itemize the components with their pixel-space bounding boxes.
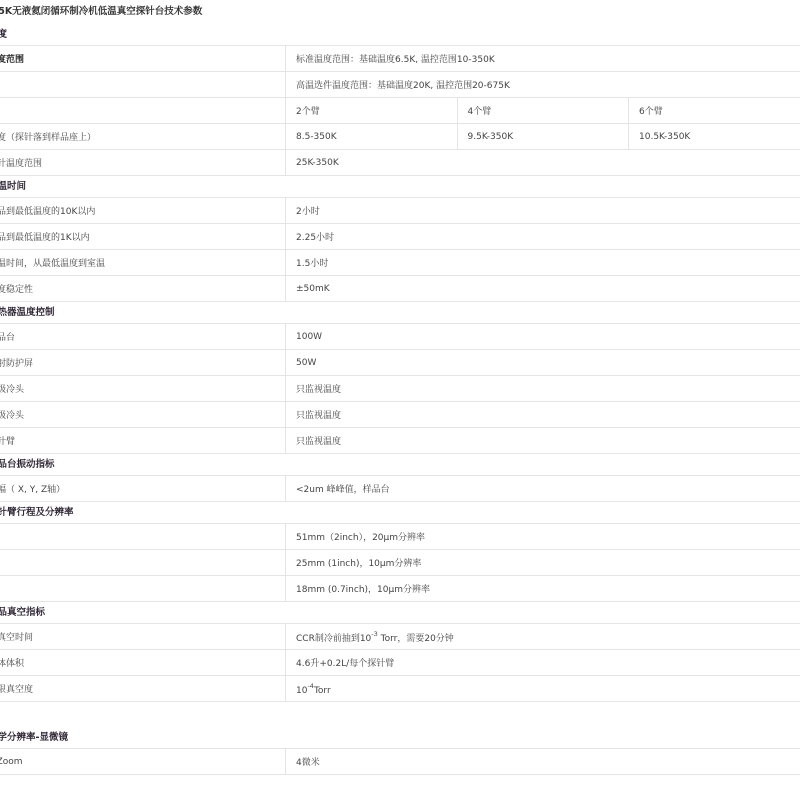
- spec-value: 50W: [286, 350, 800, 376]
- table-row: 样品台100W: [0, 324, 800, 350]
- spec-value: 51mm（2inch），20μm分辨率: [286, 524, 800, 550]
- spec-value: <2um 峰峰值，样品台: [286, 476, 800, 502]
- spec-value: 2个臂: [286, 98, 458, 124]
- spec-value: 1.5小时: [286, 250, 800, 276]
- spec-label: 样品台: [0, 324, 286, 350]
- spec-document: 6.5K无液氦闭循环制冷机低温真空探针台技术参数 温度温度范围标准温度范围：基础…: [0, 0, 800, 775]
- section-heading: 样品台振动指标: [0, 454, 800, 475]
- spec-value: 25mm (1inch)，10μm分辨率: [286, 550, 800, 576]
- table-row: 51mm（2inch），20μm分辨率: [0, 524, 800, 550]
- spec-value: 高温选件温度范围：基础温度20K, 温控范围20-675K: [286, 72, 800, 98]
- document-title: 6.5K无液氦闭循环制冷机低温真空探针台技术参数: [0, 0, 800, 24]
- section-heading: 探针臂行程及分辨率: [0, 502, 800, 523]
- table-row: 高温选件温度范围：基础温度20K, 温控范围20-675K: [0, 72, 800, 98]
- spec-label: 二级冷头: [0, 402, 286, 428]
- spec-label: 振幅（ X, Y, Z轴）: [0, 476, 286, 502]
- spec-label: [0, 72, 286, 98]
- table-row: 2个臂4个臂6个臂: [0, 98, 800, 124]
- spec-label: [0, 576, 286, 602]
- table-row: 腔体体积4.6升+0.2L/每个探针臂: [0, 650, 800, 676]
- spec-label: 回温时间，从最低温度到室温: [0, 250, 286, 276]
- table-row: 样品到最低温度的10K以内2小时: [0, 198, 800, 224]
- spec-label: 抽真空时间: [0, 624, 286, 650]
- table-row: 18mm (0.7inch)，10μm分辨率: [0, 576, 800, 602]
- section-heading: 温度: [0, 24, 800, 45]
- spec-value: 2.25小时: [286, 224, 800, 250]
- spec-value: 只监视温度: [286, 402, 800, 428]
- spec-label: 腔体体积: [0, 650, 286, 676]
- spec-table: 抽真空时间CCR制冷前抽到10-3 Torr，需要20分钟腔体体积4.6升+0.…: [0, 623, 800, 702]
- spec-value: 25K-350K: [286, 150, 800, 176]
- table-row: 一级冷头只监视温度: [0, 376, 800, 402]
- spec-value: 8.5-350K: [286, 124, 458, 150]
- spec-label: 探针温度范围: [0, 150, 286, 176]
- spec-label: 样品到最低温度的1K以内: [0, 224, 286, 250]
- table-row: 二级冷头只监视温度: [0, 402, 800, 428]
- spec-table: 样品台100W辐射防护屏50W一级冷头只监视温度二级冷头只监视温度探针臂只监视温…: [0, 323, 800, 454]
- table-row: 振幅（ X, Y, Z轴）<2um 峰峰值，样品台: [0, 476, 800, 502]
- spec-table: 1 Zoom4微米: [0, 748, 800, 775]
- spec-value: 100W: [286, 324, 800, 350]
- table-row: 探针臂只监视温度: [0, 428, 800, 454]
- spec-table: 振幅（ X, Y, Z轴）<2um 峰峰值，样品台: [0, 475, 800, 502]
- table-row: 辐射防护屏50W: [0, 350, 800, 376]
- spec-label: 温度（探针落到样品座上）: [0, 124, 286, 150]
- spec-table: 样品到最低温度的10K以内2小时样品到最低温度的1K以内2.25小时回温时间，从…: [0, 197, 800, 302]
- spec-value: 2小时: [286, 198, 800, 224]
- spec-value: 只监视温度: [286, 428, 800, 454]
- spec-value: CCR制冷前抽到10-3 Torr，需要20分钟: [286, 624, 800, 650]
- spec-label: 探针臂: [0, 428, 286, 454]
- spec-value: 只监视温度: [286, 376, 800, 402]
- spec-value: 10.5K-350K: [629, 124, 800, 150]
- exponent: -3: [371, 630, 377, 638]
- spec-label: 一级冷头: [0, 376, 286, 402]
- table-row: 探针温度范围25K-350K: [0, 150, 800, 176]
- table-row: 样品到最低温度的1K以内2.25小时: [0, 224, 800, 250]
- spec-value: 4.6升+0.2L/每个探针臂: [286, 650, 800, 676]
- table-row: 温度稳定性±50mK: [0, 276, 800, 302]
- table-row: 温度（探针落到样品座上）8.5-350K9.5K-350K10.5K-350K: [0, 124, 800, 150]
- section-heading: 样品真空指标: [0, 602, 800, 623]
- spec-label: [0, 98, 286, 124]
- spec-value: 18mm (0.7inch)，10μm分辨率: [286, 576, 800, 602]
- table-row: 25mm (1inch)，10μm分辨率: [0, 550, 800, 576]
- spec-label: [0, 524, 286, 550]
- spec-label: 样品到最低温度的10K以内: [0, 198, 286, 224]
- spec-label: 极限真空度: [0, 676, 286, 702]
- spec-label: 辐射防护屏: [0, 350, 286, 376]
- spec-value: 10-4Torr: [286, 676, 800, 702]
- spec-value: 4微米: [286, 749, 800, 775]
- table-row: 极限真空度10-4Torr: [0, 676, 800, 702]
- spec-value: 4个臂: [457, 98, 629, 124]
- spec-label: [0, 550, 286, 576]
- spec-label: 温度稳定性: [0, 276, 286, 302]
- exponent: -4: [307, 682, 313, 690]
- spec-value: 6个臂: [629, 98, 800, 124]
- table-row: 温度范围标准温度范围：基础温度6.5K, 温控范围10-350K: [0, 46, 800, 72]
- spec-content: 温度温度范围标准温度范围：基础温度6.5K, 温控范围10-350K高温选件温度…: [0, 24, 800, 775]
- section-heading: 光学分辨率-显微镜: [0, 702, 800, 748]
- table-row: 抽真空时间CCR制冷前抽到10-3 Torr，需要20分钟: [0, 624, 800, 650]
- spec-value: 9.5K-350K: [457, 124, 629, 150]
- spec-label: 温度范围: [0, 46, 286, 72]
- spec-value: 标准温度范围：基础温度6.5K, 温控范围10-350K: [286, 46, 800, 72]
- spec-table: 温度范围标准温度范围：基础温度6.5K, 温控范围10-350K高温选件温度范围…: [0, 45, 800, 176]
- table-row: 1 Zoom4微米: [0, 749, 800, 775]
- table-row: 回温时间，从最低温度到室温1.5小时: [0, 250, 800, 276]
- spec-label: 1 Zoom: [0, 749, 286, 775]
- spec-table: 51mm（2inch），20μm分辨率25mm (1inch)，10μm分辨率1…: [0, 523, 800, 602]
- section-heading: 降温时间: [0, 176, 800, 197]
- spec-value: ±50mK: [286, 276, 800, 302]
- section-heading: 加热器温度控制: [0, 302, 800, 323]
